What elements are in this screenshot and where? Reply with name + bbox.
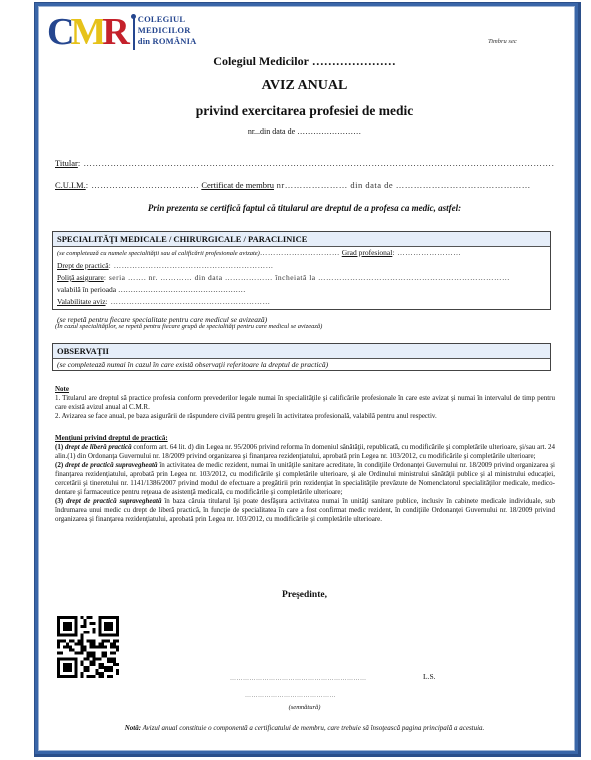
signature-line: ……………………………………………………… <box>230 676 367 682</box>
signature-line-2: …………………………………… <box>245 693 336 699</box>
document-subtitle: privind exercitarea profesiei de medic <box>36 103 573 119</box>
logo-name-line: COLEGIUL <box>138 14 197 25</box>
titular-field[interactable]: : ……………………………………………………………………………………………………… <box>78 158 555 168</box>
college-name: Colegiul Medicilor ………………… <box>36 54 573 69</box>
insurance-policy-row: Poliţă asigurare: seria ……. nr. ………… din… <box>53 272 550 284</box>
titular-label: Titular <box>55 158 78 168</box>
mention-number: (2) <box>55 461 63 469</box>
observations-section: OBSERVAŢII (se completează numai în cazu… <box>52 343 551 371</box>
logo-letter-c: C <box>47 11 70 53</box>
valid-period-row[interactable]: valabilă în perioada …………………………………………… <box>53 284 550 296</box>
practice-right-field[interactable]: : …………………………………………………… <box>109 261 274 270</box>
validity-label: Valabilitate aviz <box>57 297 106 306</box>
aesculapius-rod-icon <box>133 16 135 50</box>
specialties-section: SPECIALITĂŢI MEDICALE / CHIRURGICALE / P… <box>52 231 551 310</box>
logo-name-line: MEDICILOR <box>138 25 197 36</box>
signature-label: (semnătură) <box>36 704 573 711</box>
certificate-label: Certificat de membru <box>201 180 274 190</box>
validity-field[interactable]: : …………………………………………………… <box>106 297 271 306</box>
group-note: (În cazul specialităţilor, se repetă pen… <box>55 323 322 330</box>
dry-stamp-label: Timbru sec <box>488 38 517 45</box>
mentions-section: Menţiuni privind dreptul de practică: (1… <box>55 434 555 524</box>
footnote-label: Notă: <box>125 724 141 732</box>
mention-number: (1) <box>55 443 63 451</box>
mention-term: drept de practică supravegheată <box>66 497 161 505</box>
grade-label: Grad profesional <box>342 248 393 257</box>
grade-field[interactable]: : …………………… <box>392 248 461 257</box>
notes-title: Note <box>55 385 555 394</box>
practice-right-row: Drept de practică: …………………………………………………… <box>53 260 550 272</box>
logo-name: COLEGIUL MEDICILOR din ROMÂNIA <box>138 14 197 47</box>
mention-item: (3) drept de practică supravegheată în b… <box>55 497 555 524</box>
president-label: Preşedinte, <box>36 590 573 600</box>
mention-term: drept de liberă practică <box>65 443 132 451</box>
note-item: 1. Titularul are dreptul să practice pro… <box>55 394 555 412</box>
titular-row: Titular: …………………………………………………………………………………… <box>55 158 555 168</box>
insurance-policy-label: Poliţă asigurare <box>57 273 104 282</box>
specialty-row: (se completează cu numele specialităţii … <box>53 247 550 260</box>
practice-right-label: Drept de practică <box>57 261 109 270</box>
logo-letter-r: R <box>102 11 125 53</box>
logo-name-line: din ROMÂNIA <box>138 36 197 47</box>
certificate-field[interactable]: nr………………… din data de ……………………………………… <box>274 180 531 190</box>
mention-term: drept de practică supravegheată <box>65 461 157 469</box>
observations-header: OBSERVAŢII <box>53 344 550 359</box>
mention-item: (1) drept de liberă practică conform art… <box>55 443 555 461</box>
document-title: AVIZ ANUAL <box>36 78 573 94</box>
validity-row: Valabilitate aviz: …………………………………………………… <box>53 296 550 308</box>
mentions-title: Menţiuni privind dreptul de practică: <box>55 434 555 443</box>
observations-hint[interactable]: (se completează numai în cazul în care e… <box>53 359 550 371</box>
cuim-label: C.U.I.M. <box>55 180 86 190</box>
cmr-logo: CMR COLEGIUL MEDICILOR din ROMÂNIA <box>47 14 196 50</box>
note-item: 2. Avizarea se face anual, pe baza asigu… <box>55 412 555 421</box>
footnote-text: Avizul anual constituie o componentă a c… <box>141 724 484 732</box>
footnote: Notă: Avizul anual constituie o componen… <box>36 724 573 732</box>
mention-item: (2) drept de practică supravegheată în a… <box>55 461 555 497</box>
cuim-field[interactable]: : ……………………………… <box>86 180 200 190</box>
notes-section: Note 1. Titularul are dreptul să practic… <box>55 385 555 421</box>
mention-number: (3) <box>55 497 63 505</box>
qr-code-icon[interactable] <box>57 616 119 678</box>
cuim-row: C.U.I.M.: ……………………………… Certificat de mem… <box>55 180 555 190</box>
specialties-header: SPECIALITĂŢI MEDICALE / CHIRURGICALE / P… <box>53 232 550 247</box>
specialty-field[interactable]: ………………………… <box>260 248 340 257</box>
locus-sigilli: L.S. <box>423 672 436 681</box>
document-number-date: nr...din data de …………………… <box>36 127 573 136</box>
logo-letter-m: M <box>70 11 102 53</box>
specialty-hint: (se completează cu numele specialităţii … <box>57 250 260 257</box>
insurance-policy-field[interactable]: : seria ……. nr. ………… din data ……………… înc… <box>104 273 510 282</box>
logo-mark: CMR <box>47 14 126 50</box>
certification-statement: Prin prezenta se certifică faptul că tit… <box>36 203 573 213</box>
